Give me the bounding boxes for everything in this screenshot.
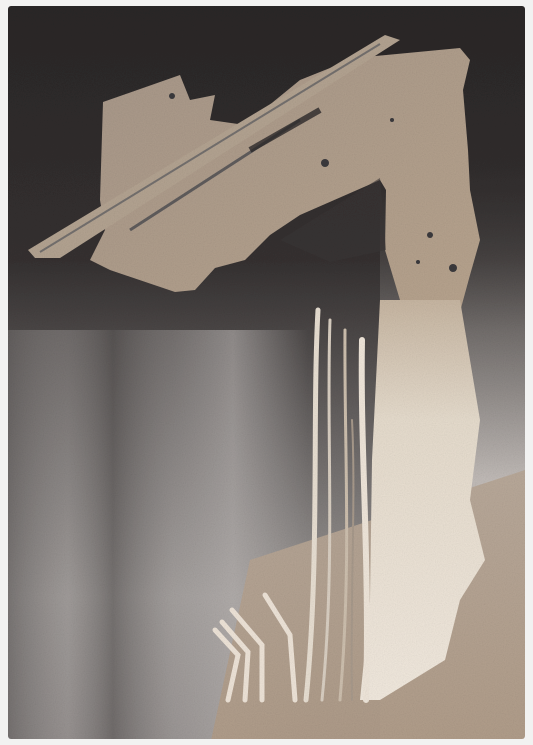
rug-photo [0,0,533,745]
rug-illustration [0,0,533,745]
